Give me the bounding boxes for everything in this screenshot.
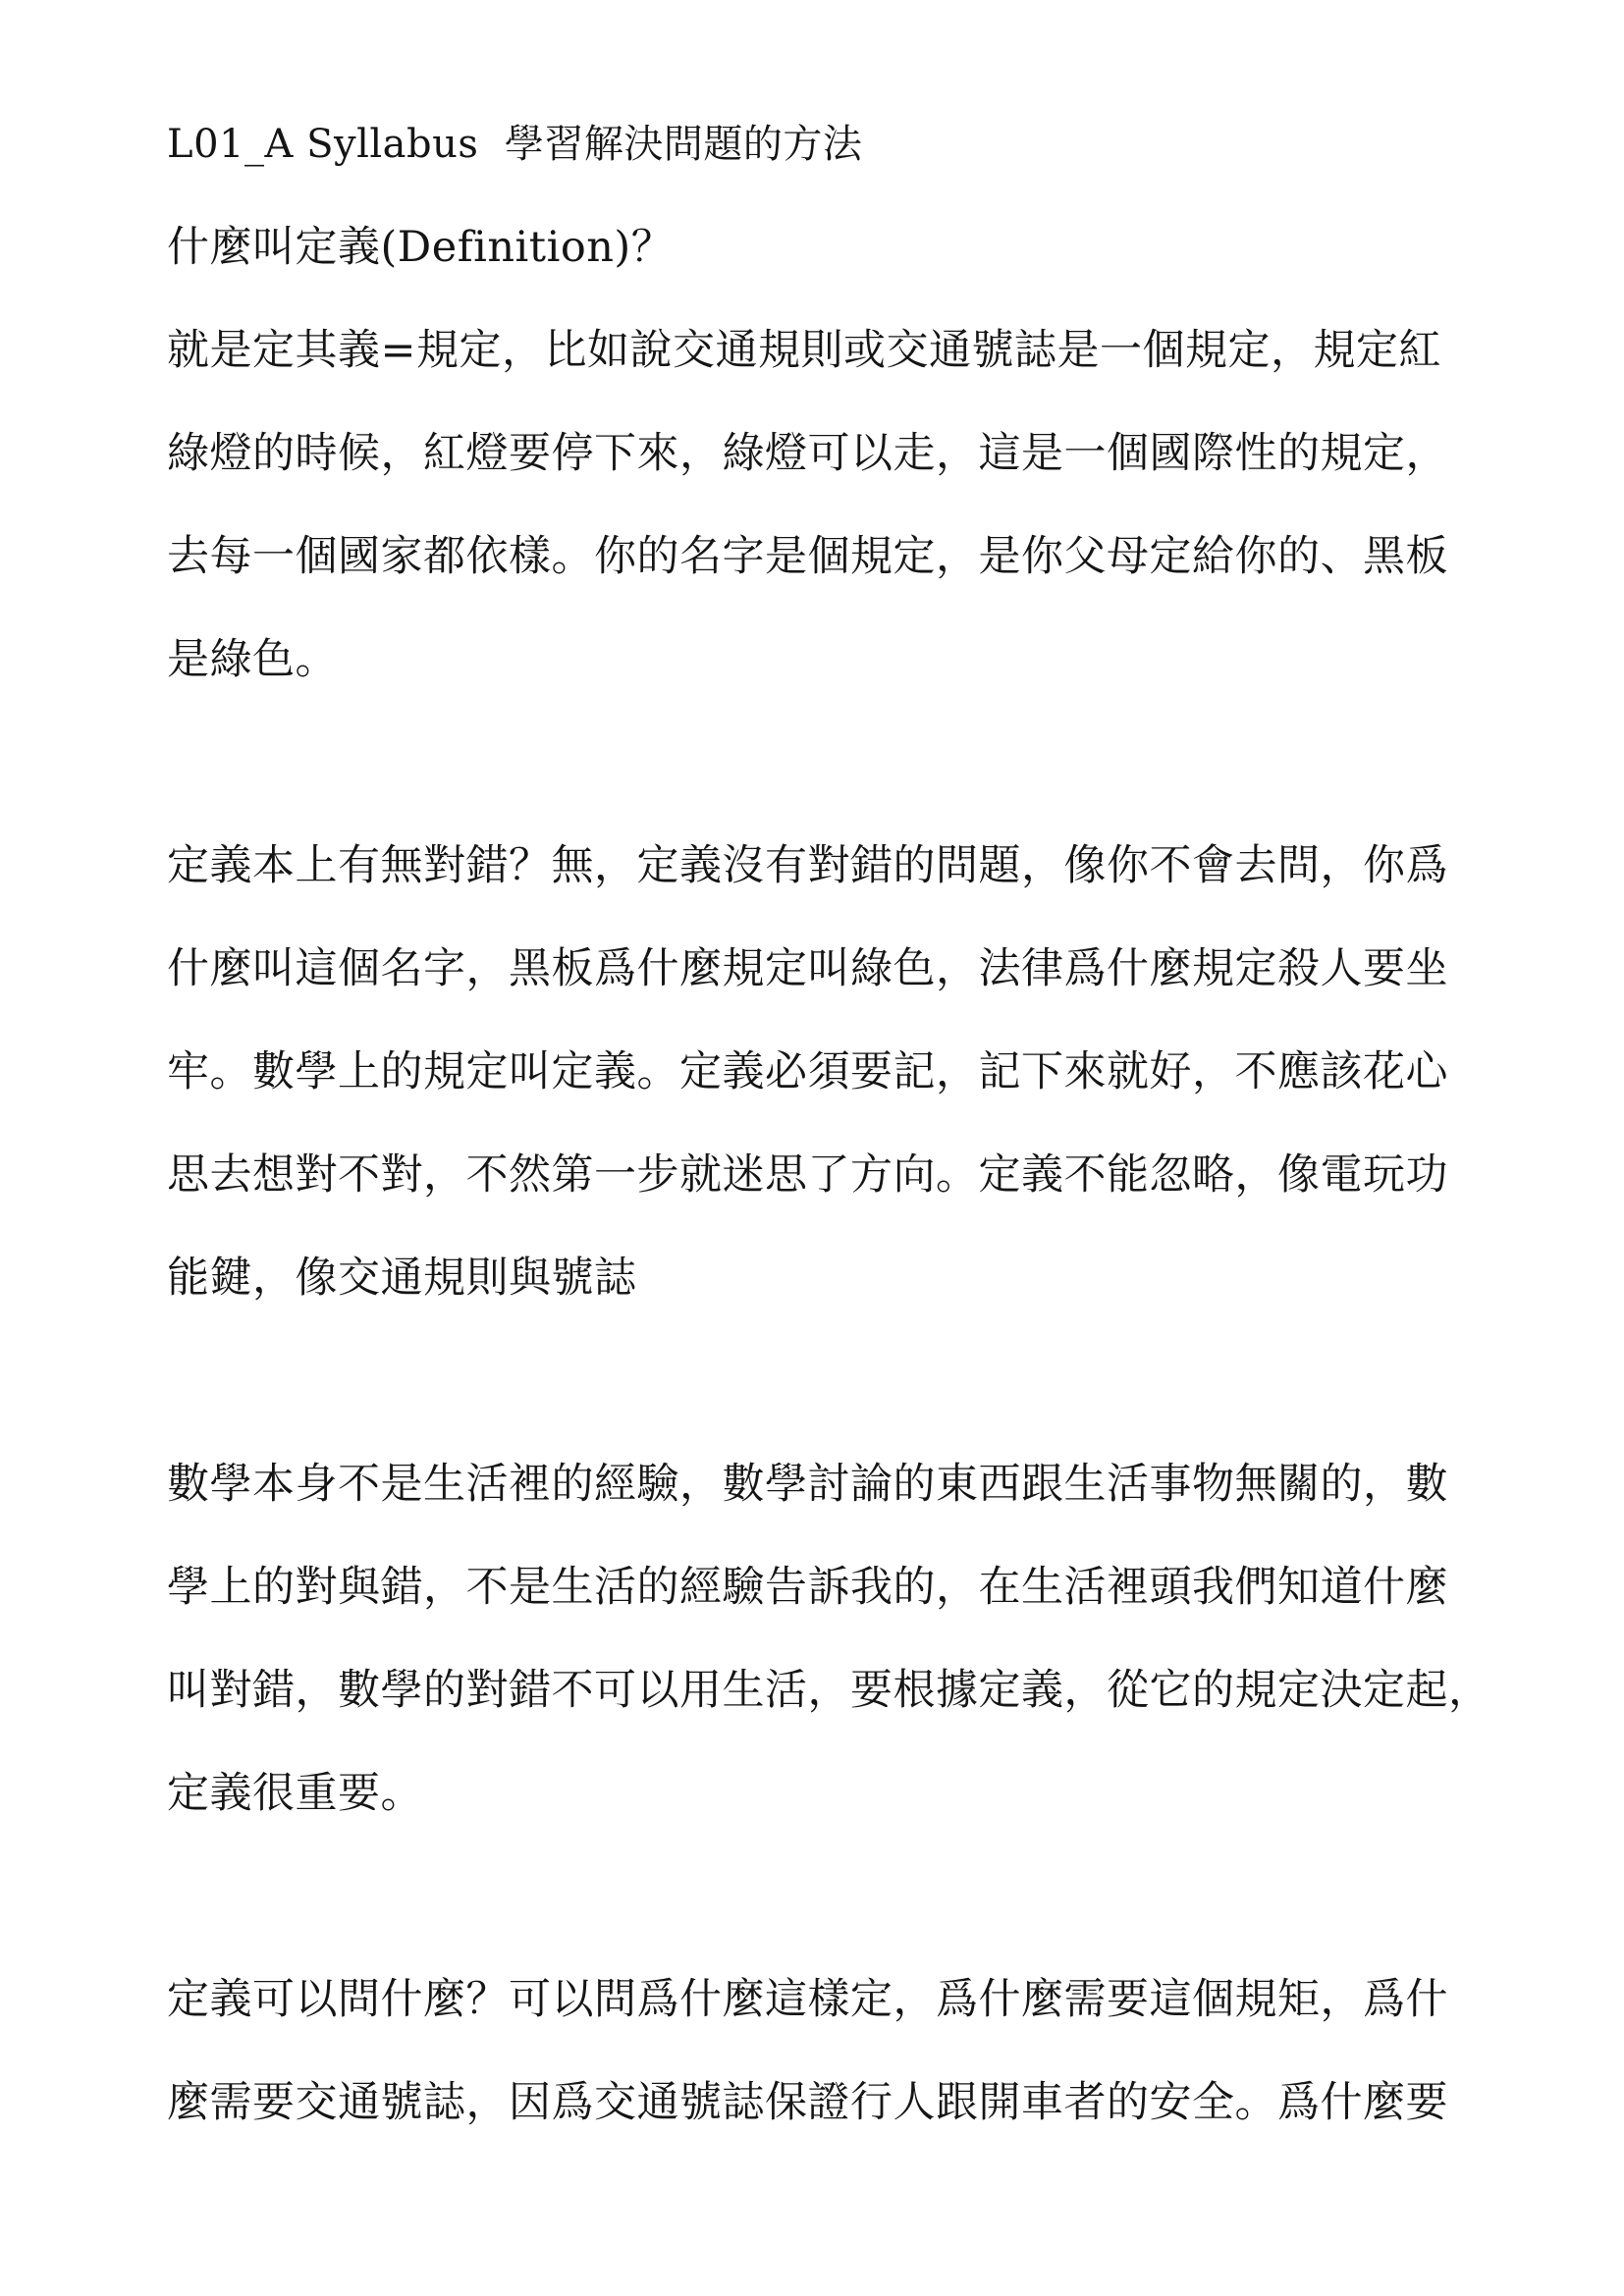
text-line: 定義可以問什麼？可以問爲什麼這樣定，爲什麼需要這個規矩，爲什	[167, 1949, 1487, 2052]
paragraph-definition-right-wrong: 定義本上有無對錯？無，定義沒有對錯的問題，像你不會去問，你爲 什麼叫這個名字，黑…	[167, 815, 1487, 1330]
document-page: L01_A Syllabus 學習解決問題的方法 什麼叫定義(Definitio…	[0, 0, 1624, 2296]
paragraph-math-vs-life: 數學本身不是生活裡的經驗，數學討論的東西跟生活事物無關的，數 學上的對與錯，不是…	[167, 1433, 1487, 1845]
text-line: 麼需要交通號誌，因爲交通號誌保證行人跟開車者的安全。爲什麼要	[167, 2052, 1487, 2155]
text-line: 學上的對與錯，不是生活的經驗告訴我的，在生活裡頭我們知道什麼	[167, 1536, 1487, 1639]
paragraph-definition-intro: 就是定其義=規定，比如說交通規則或交通號誌是一個規定，規定紅 綠燈的時候，紅燈要…	[167, 299, 1487, 712]
text-line: 牢。數學上的規定叫定義。定義必須要記，記下來就好，不應該花心	[167, 1021, 1487, 1124]
document-header: L01_A Syllabus 學習解決問題的方法	[167, 93, 1487, 196]
text-line: 去每一個國家都依樣。你的名字是個規定，是你父母定給你的、黑板	[167, 506, 1487, 609]
text-line: 叫對錯，數學的對錯不可以用生活，要根據定義，從它的規定決定起，	[167, 1639, 1487, 1742]
section-heading: 什麼叫定義(Definition)？	[167, 196, 1487, 299]
text-line: 數學本身不是生活裡的經驗，數學討論的東西跟生活事物無關的，數	[167, 1433, 1487, 1536]
text-line: 能鍵，像交通規則與號誌	[167, 1227, 1487, 1330]
text-line: 思去想對不對，不然第一步就迷思了方向。定義不能忽略，像電玩功	[167, 1124, 1487, 1227]
paragraph-definition-questions: 定義可以問什麼？可以問爲什麼這樣定，爲什麼需要這個規矩，爲什 麼需要交通號誌，因…	[167, 1949, 1487, 2155]
text-line: 綠燈的時候，紅燈要停下來，綠燈可以走，這是一個國際性的規定，	[167, 402, 1487, 506]
text-line: 什麼叫這個名字，黑板爲什麼規定叫綠色，法律爲什麼規定殺人要坐	[167, 918, 1487, 1021]
text-line: 是綠色。	[167, 609, 1487, 712]
text-line: 就是定其義=規定，比如說交通規則或交通號誌是一個規定，規定紅	[167, 299, 1487, 402]
text-line: 定義本上有無對錯？無，定義沒有對錯的問題，像你不會去問，你爲	[167, 815, 1487, 918]
text-line: 定義很重要。	[167, 1742, 1487, 1845]
